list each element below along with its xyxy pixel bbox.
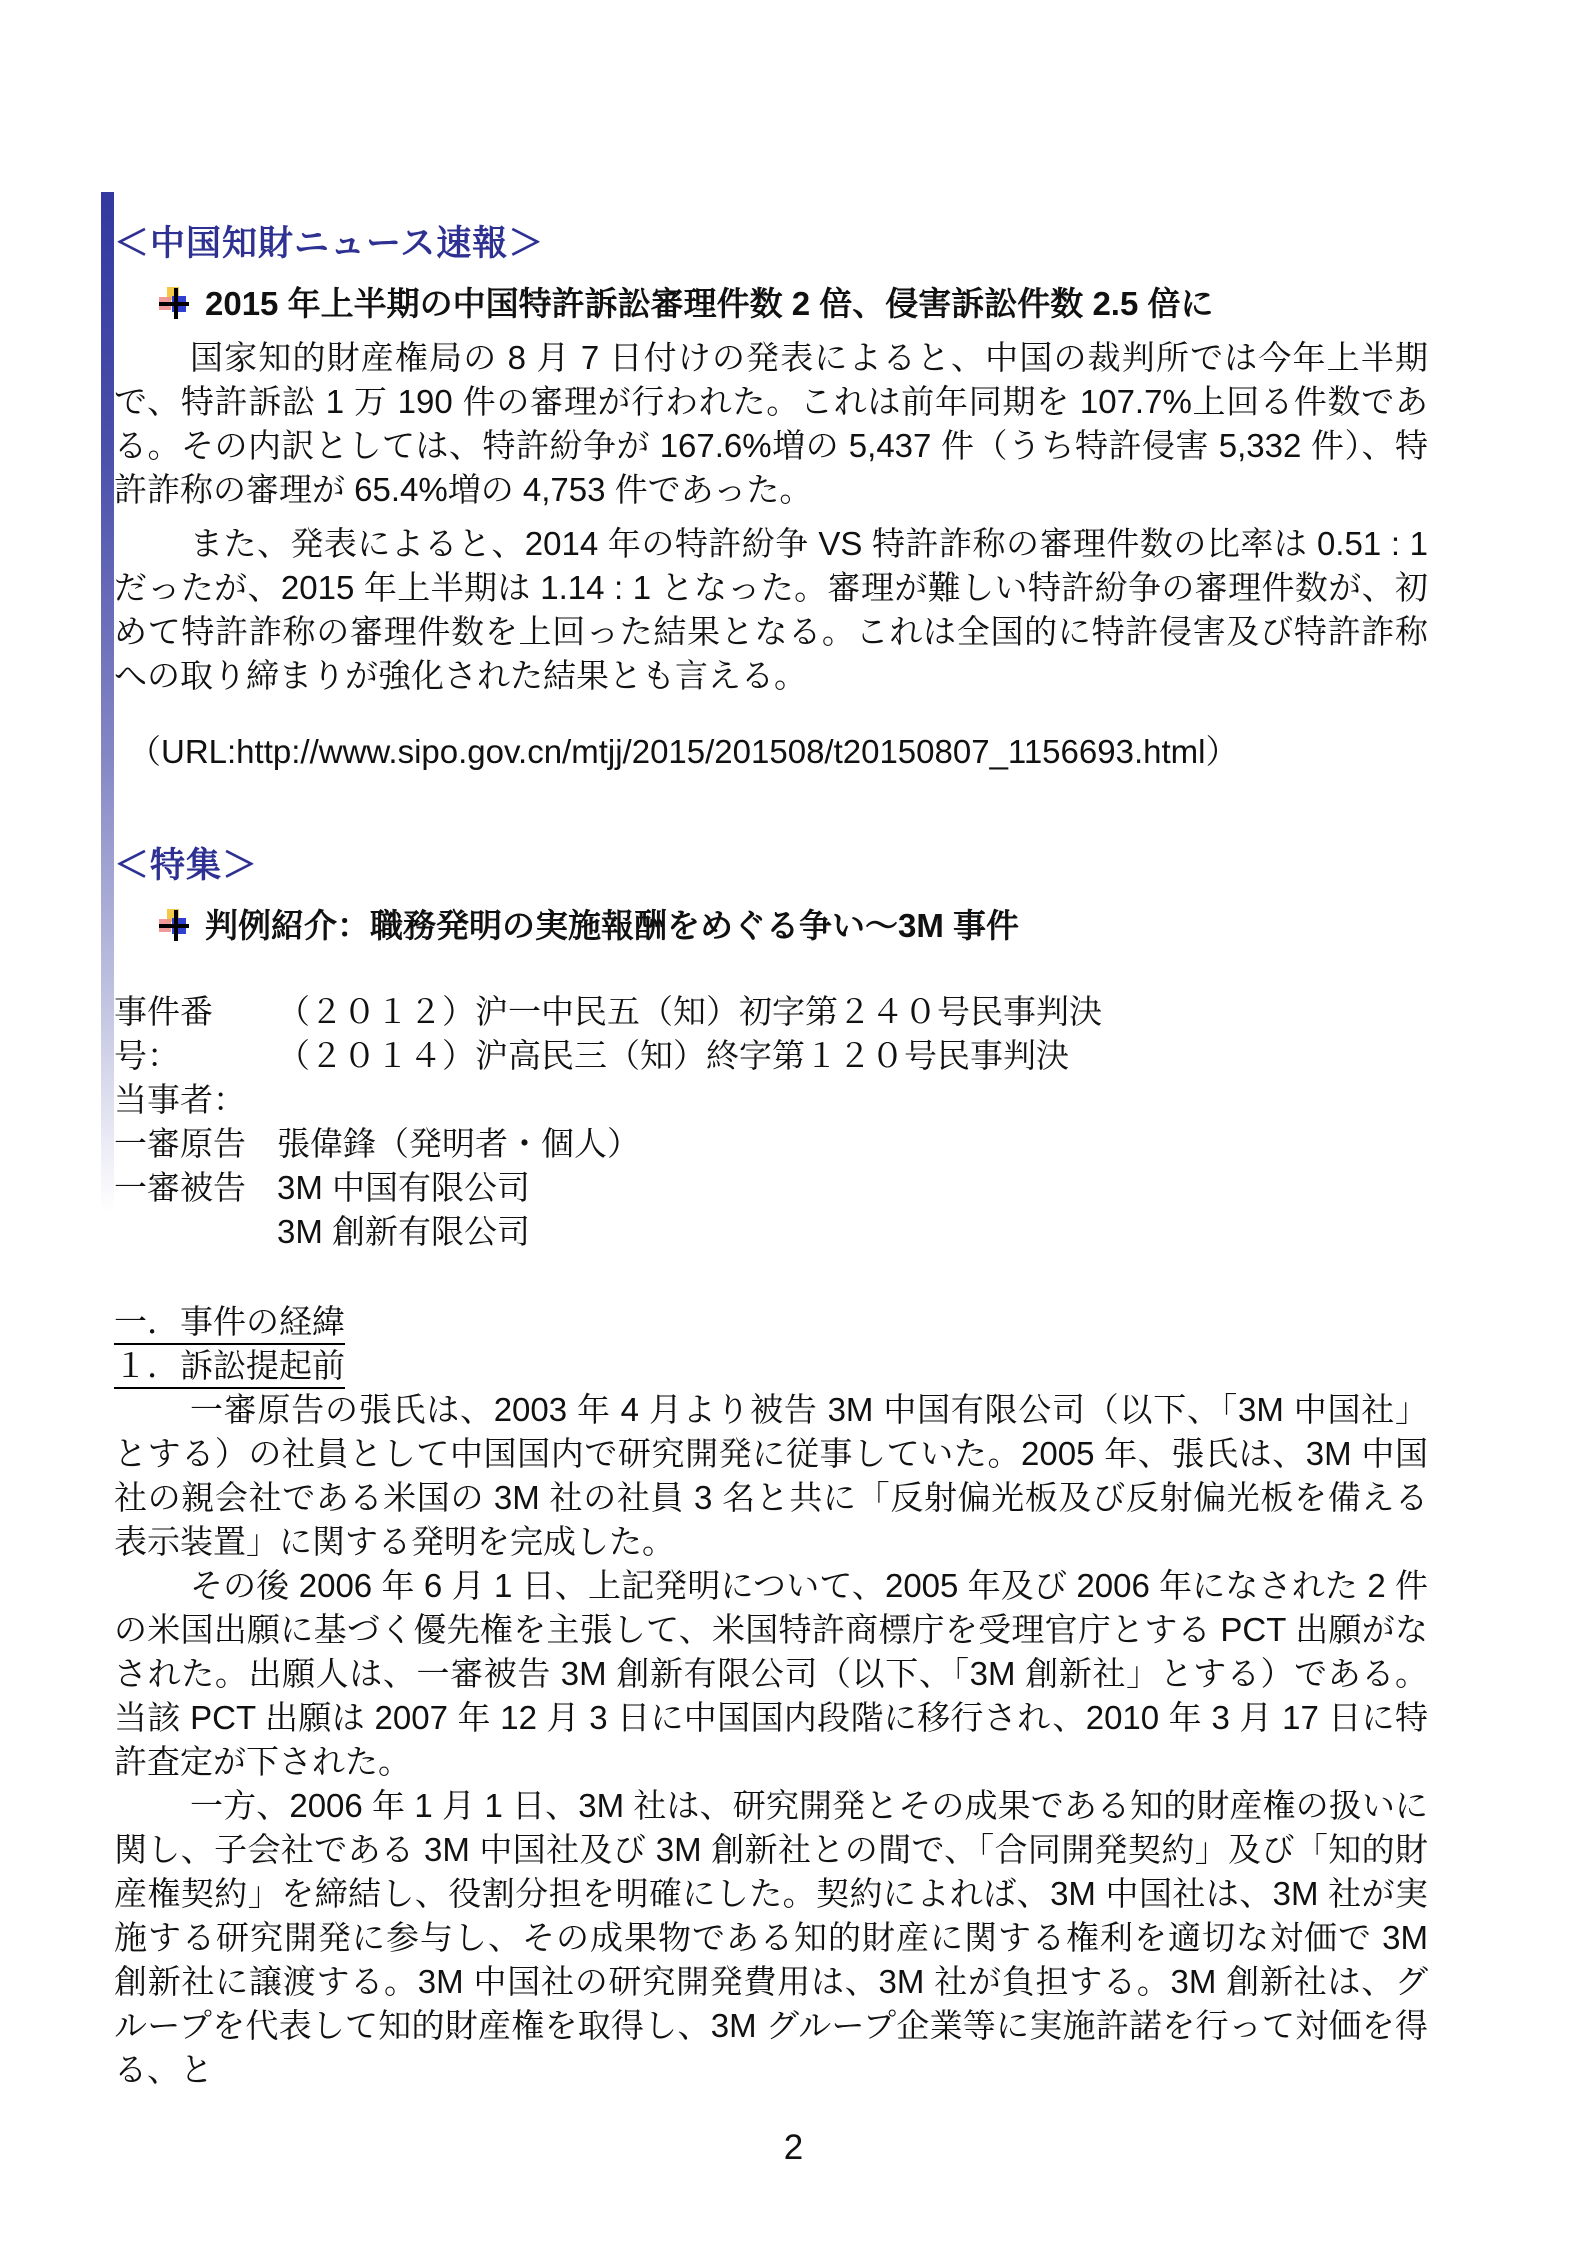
history-paragraph-2: その後 2006 年 6 月 1 日、上記発明について、2005 年及び 200… [114,1564,1428,1784]
case-number-line-1: （２０１２）沪一中民五（知）初字第２４０号民事判決 [277,990,1428,1034]
case-number-values: （２０１２）沪一中民五（知）初字第２４０号民事判決 （２０１４）沪高民三（知）終… [277,990,1428,1078]
history-paragraph-3: 一方、2006 年 1 月 1 日、3M 社は、研究開発とその成果である知的財産… [114,1784,1428,2092]
bullet-cross-horizontal [159,302,189,306]
history-subsection-heading: １．訴訟提起前 [114,1344,1428,1388]
news-item-title: 2015 年上半期の中国特許訴訟審理件数 2 倍、侵害訴訟件数 2.5 倍に [205,282,1213,326]
page-content: ＜中国知財ニュース速報＞ 2015 年上半期の中国特許訴訟審理件数 2 倍、侵害… [114,222,1428,2092]
party-role-plaintiff: 一審原告 [114,1122,277,1166]
party-names-defendant: 3M 中国有限公司 3M 創新有限公司 [277,1166,1428,1254]
case-number-line-2: （２０１４）沪高民三（知）終字第１２０号民事判決 [277,1034,1428,1078]
parties-label: 当事者： [114,1078,1428,1122]
feature-item: 判例紹介：職務発明の実施報酬をめぐる争い～3M 事件 [114,904,1428,948]
colored-cross-bullet-icon [159,909,189,941]
source-url: （URL:http://www.sipo.gov.cn/mtjj/2015/20… [128,730,1428,774]
party-row-plaintiff: 一審原告 張偉鋒（発明者・個人） [114,1122,1428,1166]
party-name-defendant-2: 3M 創新有限公司 [277,1210,1428,1254]
colored-cross-bullet-icon [159,287,189,319]
party-row-defendant: 一審被告 3M 中国有限公司 3M 創新有限公司 [114,1166,1428,1254]
history-section-heading: 一．事件の経緯 [114,1300,1428,1344]
feature-item-title: 判例紹介：職務発明の実施報酬をめぐる争い～3M 事件 [205,904,1019,948]
history-paragraph-1: 一審原告の張氏は、2003 年 4 月より被告 3M 中国有限公司（以下、「3M… [114,1388,1428,1564]
party-role-defendant: 一審被告 [114,1166,277,1254]
news-paragraph-1: 国家知的財産権局の 8 月 7 日付けの発表によると、中国の裁判所では今年上半期… [114,336,1428,512]
case-number-label: 事件番号： [114,990,277,1078]
party-name-plaintiff: 張偉鋒（発明者・個人） [277,1122,1428,1166]
history-subsection-heading-text: １．訴訟提起前 [114,1347,345,1389]
feature-section-heading: ＜特集＞ [114,844,1428,888]
document-page: ＜中国知財ニュース速報＞ 2015 年上半期の中国特許訴訟審理件数 2 倍、侵害… [0,0,1587,2245]
history-section-heading-text: 一．事件の経緯 [114,1303,345,1345]
bullet-cross-horizontal [159,924,189,928]
party-name-defendant-1: 3M 中国有限公司 [277,1166,1428,1210]
news-item: 2015 年上半期の中国特許訴訟審理件数 2 倍、侵害訴訟件数 2.5 倍に [114,282,1428,326]
page-number: 2 [0,2128,1587,2168]
news-section-heading: ＜中国知財ニュース速報＞ [114,222,1428,266]
news-paragraph-2: また、発表によると、2014 年の特許紛争 VS 特許詐称の審理件数の比率は 0… [114,522,1428,698]
left-gradient-bar [101,192,114,1212]
case-info-block: 事件番号： （２０１２）沪一中民五（知）初字第２４０号民事判決 （２０１４）沪高… [114,990,1428,1254]
case-number-rows: 事件番号： （２０１２）沪一中民五（知）初字第２４０号民事判決 （２０１４）沪高… [114,990,1428,1078]
